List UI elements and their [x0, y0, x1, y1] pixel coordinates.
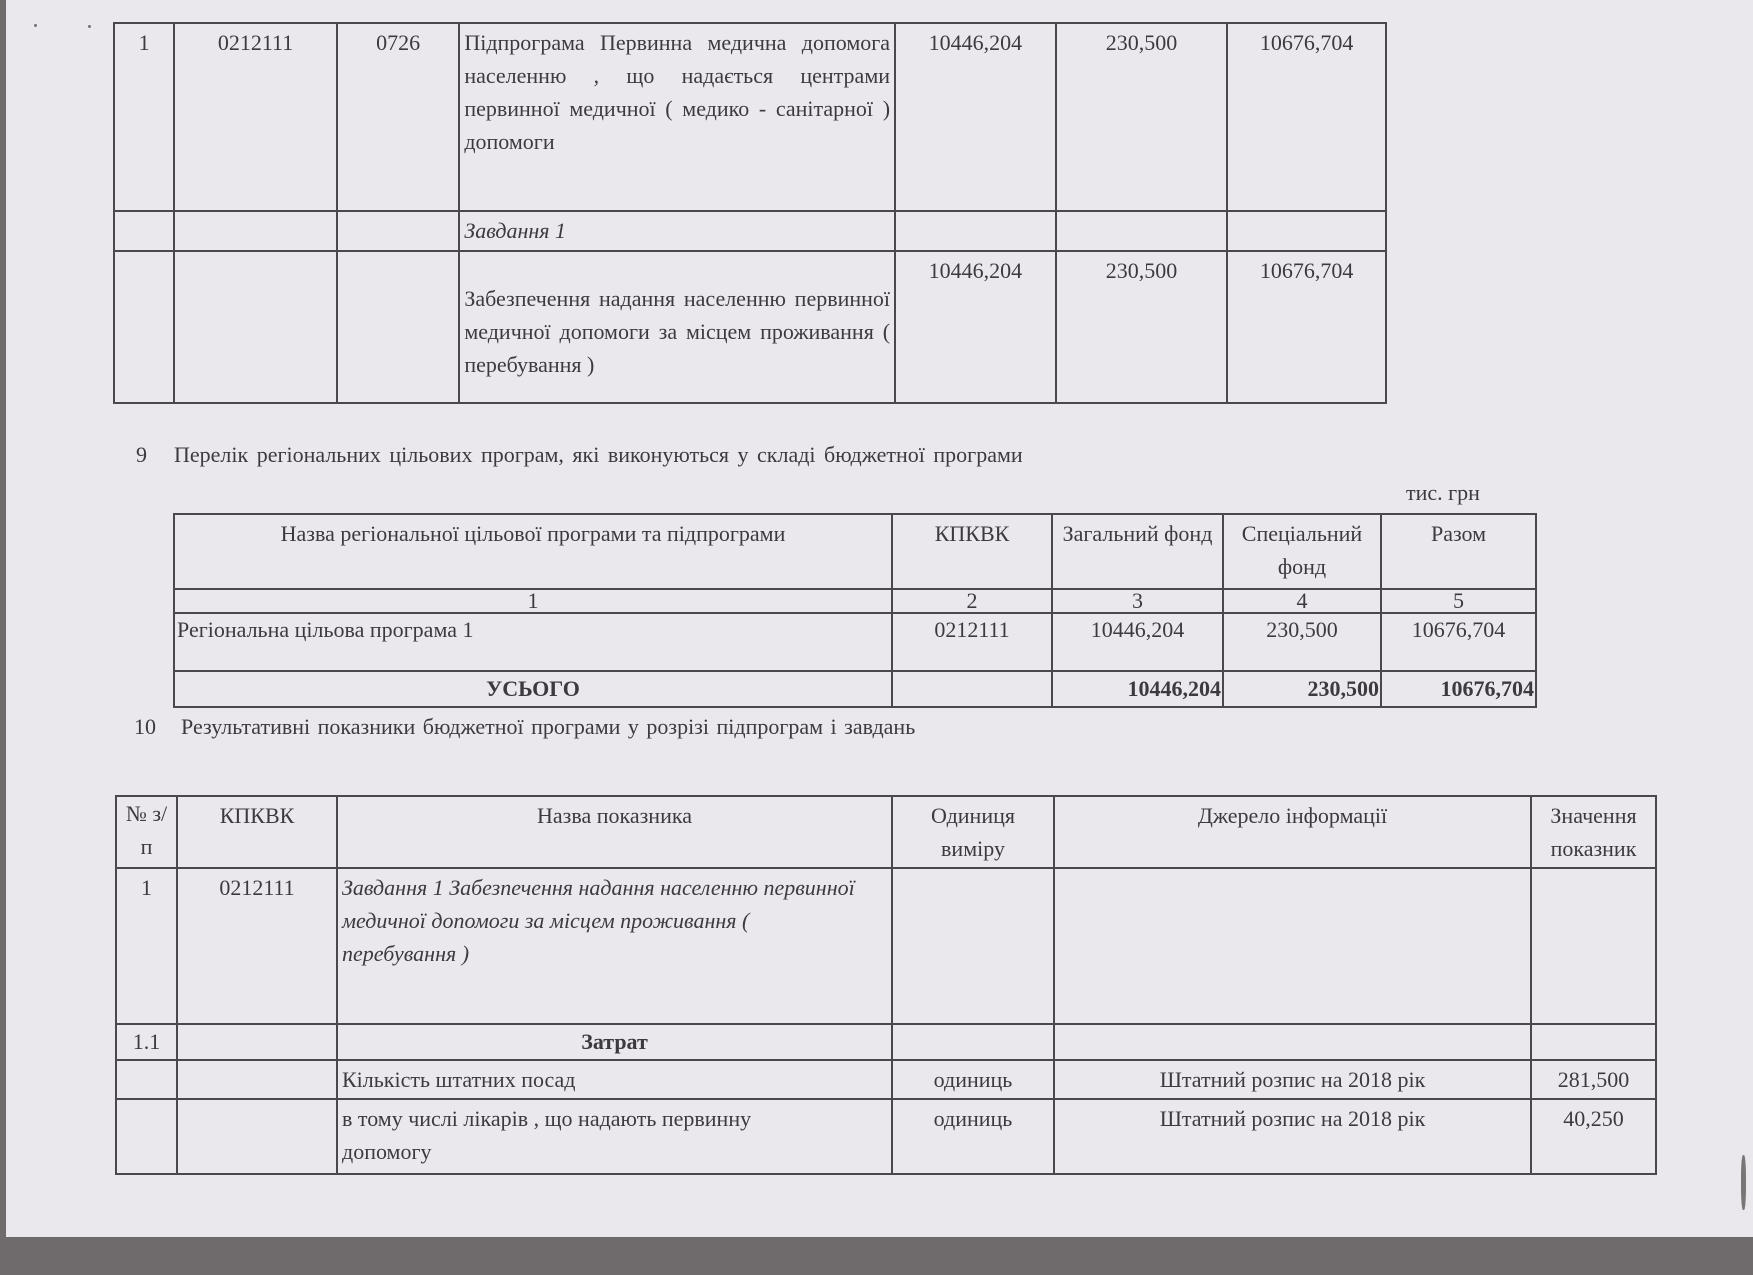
- row-number: [114, 211, 174, 251]
- general-fund: 10446,204: [1052, 613, 1223, 671]
- column-number: 5: [1381, 589, 1536, 613]
- header-kpkvk: КПКВК: [892, 514, 1052, 589]
- kpkvk-code: [177, 1060, 337, 1099]
- table-row: Кількість штатних посад одиниць Штатний …: [116, 1060, 1656, 1099]
- general-fund: 10446,204: [895, 251, 1056, 403]
- indicator-name: Кількість штатних посад: [337, 1060, 892, 1099]
- total-label: УСЬОГО: [174, 671, 892, 707]
- column-number: 3: [1052, 589, 1223, 613]
- source: Штатний розпис на 2018 рік: [1054, 1060, 1531, 1099]
- special-fund: 230,500: [1056, 23, 1228, 211]
- total: [1227, 211, 1386, 251]
- total: 10676,704: [1227, 23, 1386, 211]
- row-number: 1.1: [116, 1024, 177, 1060]
- unit: [892, 868, 1054, 1024]
- header-indicator-name: Назва показника: [337, 796, 892, 868]
- kfkvk-code: [337, 251, 459, 403]
- kpkvk-code: [174, 251, 337, 403]
- row-number: [116, 1099, 177, 1174]
- header-number: № з/п: [116, 796, 177, 868]
- unit: одиниць: [892, 1060, 1054, 1099]
- scan-smudge: [1741, 1155, 1746, 1210]
- column-numbers-row: 1 2 3 4 5: [174, 589, 1536, 613]
- row-number: [114, 251, 174, 403]
- task-name-text: Забезпечення надання населенню первинної…: [464, 286, 890, 377]
- unit-label: тис. грн: [1406, 476, 1480, 510]
- header-row: № з/п КПКВК Назва показника Одиниця вимі…: [116, 796, 1656, 868]
- value: 281,500: [1531, 1060, 1656, 1099]
- header-value: Значення показник: [1531, 796, 1656, 868]
- header-unit: Одиниця виміру: [892, 796, 1054, 868]
- general-fund: [895, 211, 1056, 251]
- indicator-name: в тому числі лікарів , що надають первин…: [337, 1099, 892, 1174]
- regional-programs-table: Назва регіональної цільової програми та …: [173, 513, 1537, 708]
- table-row: Регіональна цільова програма 1 0212111 1…: [174, 613, 1536, 671]
- table-row: в тому числі лікарів , що надають первин…: [116, 1099, 1656, 1174]
- section-title: Результативні показники бюджетної програ…: [181, 714, 915, 739]
- unit: одиниць: [892, 1099, 1054, 1174]
- kpkvk-code: [177, 1024, 337, 1060]
- header-special-fund: Спеціальний фонд: [1223, 514, 1381, 589]
- kpkvk-code: [177, 1099, 337, 1174]
- total: 10676,704: [1381, 613, 1536, 671]
- table-row: 1 0212111 0726 Підпрограма Первинна меди…: [114, 23, 1386, 211]
- total-total: 10676,704: [1381, 671, 1536, 707]
- task-label: Завдання 1: [459, 211, 895, 251]
- general-fund: 10446,204: [895, 23, 1056, 211]
- kpkvk-code: 0212111: [174, 23, 337, 211]
- kfkvk-code: 0726: [337, 23, 459, 211]
- value: [1531, 868, 1656, 1024]
- scan-dot: [34, 24, 37, 27]
- category-label: Затрат: [337, 1024, 892, 1060]
- section-10-heading: 10 Результативні показники бюджетної про…: [134, 710, 1334, 744]
- source: [1054, 1024, 1531, 1060]
- unit: [892, 1024, 1054, 1060]
- column-number: 1: [174, 589, 892, 613]
- table-row: Завдання 1: [114, 211, 1386, 251]
- header-general-fund: Загальний фонд: [1052, 514, 1223, 589]
- total-row: УСЬОГО 10446,204 230,500 10676,704: [174, 671, 1536, 707]
- programs-table: 1 0212111 0726 Підпрограма Первинна меди…: [113, 22, 1387, 404]
- section-number: 9: [136, 442, 147, 467]
- performance-indicators-table: № з/п КПКВК Назва показника Одиниця вимі…: [115, 795, 1657, 1175]
- kpkvk-code: [174, 211, 337, 251]
- total-special-fund: 230,500: [1223, 671, 1381, 707]
- section-number: 10: [134, 714, 156, 739]
- header-kpkvk: КПКВК: [177, 796, 337, 868]
- value: 40,250: [1531, 1099, 1656, 1174]
- special-fund: 230,500: [1056, 251, 1228, 403]
- total-general-fund: 10446,204: [1052, 671, 1223, 707]
- row-number: [116, 1060, 177, 1099]
- scanned-page: 1 0212111 0726 Підпрограма Первинна меди…: [6, 0, 1753, 1237]
- header-source: Джерело інформації: [1054, 796, 1531, 868]
- total-kpkvk: [892, 671, 1052, 707]
- header-program-name: Назва регіональної цільової програми та …: [174, 514, 892, 589]
- subprogram-name: Підпрограма Первинна медична допомога на…: [459, 23, 895, 211]
- special-fund: 230,500: [1223, 613, 1381, 671]
- column-number: 2: [892, 589, 1052, 613]
- kpkvk-code: 0212111: [177, 868, 337, 1024]
- header-total: Разом: [1381, 514, 1536, 589]
- program-name: Регіональна цільова програма 1: [174, 613, 892, 671]
- row-number: 1: [114, 23, 174, 211]
- table-row: 1 0212111 Завдання 1 Забезпечення наданн…: [116, 868, 1656, 1024]
- header-row: Назва регіональної цільової програми та …: [174, 514, 1536, 589]
- table-row: Забезпечення надання населенню первинної…: [114, 251, 1386, 403]
- source: Штатний розпис на 2018 рік: [1054, 1099, 1531, 1174]
- row-number: 1: [116, 868, 177, 1024]
- task-name: Забезпечення надання населенню первинної…: [459, 251, 895, 403]
- task-description: Завдання 1 Забезпечення надання населенн…: [337, 868, 892, 1024]
- value: [1531, 1024, 1656, 1060]
- kfkvk-code: [337, 211, 459, 251]
- kpkvk-code: 0212111: [892, 613, 1052, 671]
- source: [1054, 868, 1531, 1024]
- section-title: Перелік регіональних цільових програм, я…: [174, 442, 1023, 467]
- special-fund: [1056, 211, 1228, 251]
- category-row: 1.1 Затрат: [116, 1024, 1656, 1060]
- scan-dot: [88, 25, 91, 28]
- section-9-heading: 9 Перелік регіональних цільових програм,…: [136, 438, 1336, 472]
- column-number: 4: [1223, 589, 1381, 613]
- total: 10676,704: [1227, 251, 1386, 403]
